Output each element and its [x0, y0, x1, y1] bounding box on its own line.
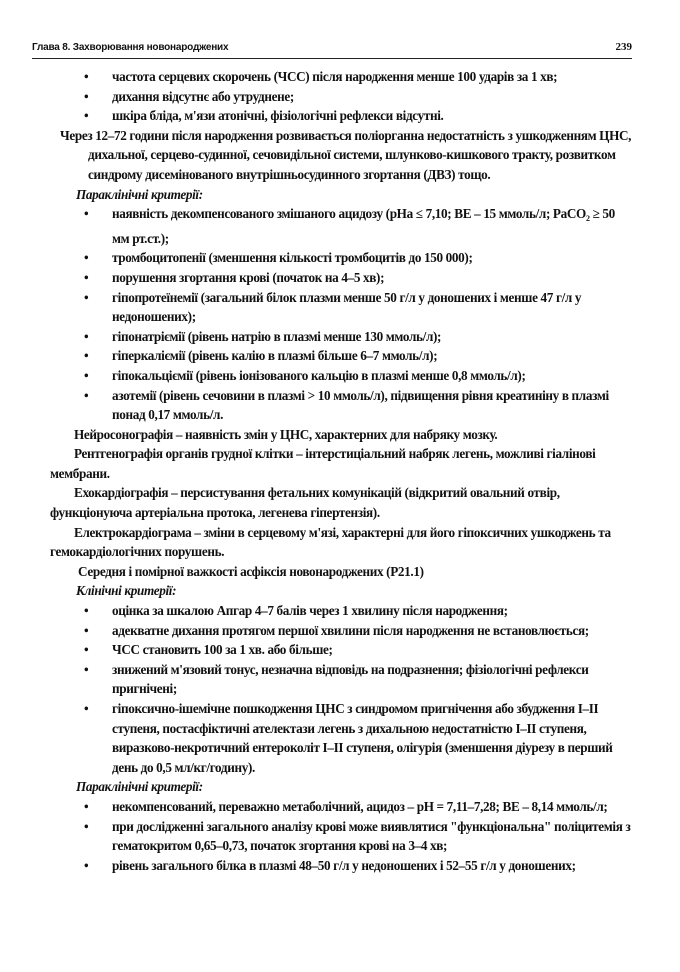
- list-item: гіпопротеїнемії (загальний білок плазми …: [78, 288, 634, 327]
- paragraph: Через 12–72 години після народження розв…: [60, 126, 634, 185]
- paragraph: Електрокардіограма – зміни в серцевому м…: [50, 523, 634, 562]
- list-item: гіпокальціємії (рівень іонізованого каль…: [78, 366, 634, 386]
- list-item: частота серцевих скорочень (ЧСС) після н…: [78, 67, 634, 87]
- section-heading: Середня і помірної важкості асфіксія нов…: [78, 562, 634, 582]
- list-item: шкіра бліда, м'язи атонічні, фізіологічн…: [78, 106, 634, 126]
- list-item: знижений м'язовий тонус, незначна відпов…: [78, 660, 634, 699]
- paragraph: Нейросонографія – наявність змін у ЦНС, …: [50, 425, 634, 445]
- list-item: ЧСС становить 100 за 1 хв. або більше;: [78, 640, 634, 660]
- list-item: порушення згортання крові (початок на 4–…: [78, 268, 634, 288]
- page-number: 239: [616, 41, 633, 53]
- list-item: дихання відсутнє або утруднене;: [78, 87, 634, 107]
- list-item: гіпонатріємії (рівень натрію в плазмі ме…: [78, 327, 634, 347]
- section-subheading: Параклінічні критерії:: [76, 777, 634, 797]
- section-subheading: Клінічні критерії:: [76, 581, 634, 601]
- page-body: частота серцевих скорочень (ЧСС) після н…: [74, 67, 634, 875]
- paragraph: Ехокардіографія – персистування фетальни…: [50, 483, 634, 522]
- list-item: оцінка за шкалою Апгар 4–7 балів через 1…: [78, 601, 634, 621]
- list-item: адекватне дихання протягом першої хвилин…: [78, 621, 634, 641]
- section-subheading: Параклінічні критерії:: [76, 185, 634, 205]
- list-item: гіперкаліємії (рівень калію в плазмі біл…: [78, 346, 634, 366]
- list-item: рівень загального білка в плазмі 48–50 г…: [78, 856, 634, 876]
- list-item-text: наявність декомпенсованого змішаного аци…: [112, 206, 586, 221]
- list-item: азотемії (рівень сечовини в плазмі > 10 …: [78, 386, 634, 425]
- list-item: некомпенсований, переважно метаболічний,…: [78, 797, 634, 817]
- chapter-title: Глава 8. Захворювання новонароджених: [32, 42, 228, 53]
- list-item: гіпоксично-ішемічне пошкодження ЦНС з си…: [78, 699, 634, 777]
- list-item: наявність декомпенсованого змішаного аци…: [78, 204, 634, 248]
- list-item: тромбоцитопенії (зменшення кількості тро…: [78, 248, 634, 268]
- list-item: при дослідженні загального аналізу крові…: [78, 817, 634, 856]
- paragraph: Рентгенографія органів грудної клітки – …: [50, 444, 634, 483]
- page-header: Глава 8. Захворювання новонароджених 239: [32, 42, 632, 59]
